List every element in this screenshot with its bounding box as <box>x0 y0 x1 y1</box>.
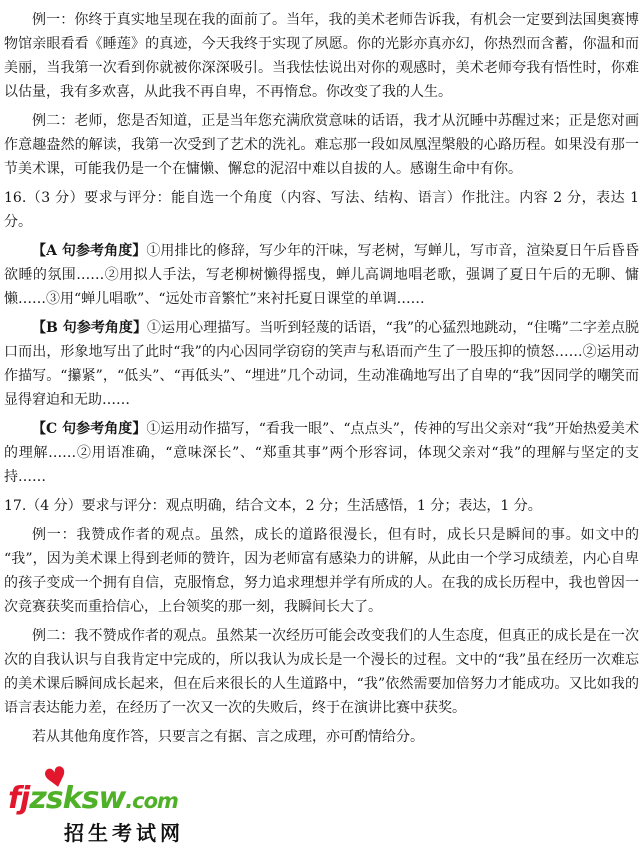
heart-icon: ♥ <box>41 762 71 794</box>
logo-main: zsksw <box>29 781 125 816</box>
logo-prefix: fj <box>8 781 29 816</box>
paragraph-label: 【A 句参考角度】 <box>32 243 146 259</box>
paragraph-text: 例二：我不赞成作者的观点。虽然某一次经历可能会改变我们的人生态度，但真正的成长是… <box>4 628 639 716</box>
paragraph-label: 【C 句参考角度】 <box>32 421 146 437</box>
paragraph-text: 例二：老师，您是否知道，正是当年您充满欣赏意味的话语，我才从沉睡中苏醒过来；正是… <box>4 113 639 177</box>
paragraph: 【A 句参考角度】①用排比的修辞，写少年的汗味，写老树，写蝉儿，写市音，渲染夏日… <box>4 239 639 311</box>
paragraph: 【C 句参考角度】①运用动作描写，“看我一眼”、“点点头”，传神的写出父亲对“我… <box>4 417 639 489</box>
paragraph: 17.（4 分）要求与评分：观点明确，结合文本，2 分；生活感悟，1 分；表达，… <box>4 494 639 518</box>
site-logo: ♥ fjzsksw.com 招生考试网 <box>8 782 208 852</box>
paragraph-label: 【B 句参考角度】 <box>32 320 147 336</box>
site-logo-text: fjzsksw.com <box>8 782 208 820</box>
paragraph: 若从其他角度作答，只要言之有据、言之成理，亦可酌情给分。 <box>4 725 639 749</box>
paragraph: 例二：老师，您是否知道，正是当年您充满欣赏意味的话语，我才从沉睡中苏醒过来；正是… <box>4 109 639 181</box>
site-logo-caption: 招生考试网 <box>64 817 208 846</box>
paragraph: 【B 句参考角度】①运用心理描写。当听到轻蔑的话语，“我”的心猛烈地跳动，“住嘴… <box>4 316 639 412</box>
logo-suffix: .com <box>125 789 178 813</box>
paragraph: 16.（3 分）要求与评分：能自选一个角度（内容、写法、结构、语言）作批注。内容… <box>4 186 639 234</box>
paragraph-text: 例一：我赞成作者的观点。虽然，成长的道路很漫长，但有时，成长只是瞬间的事。如文中… <box>4 527 639 615</box>
paragraph-text: 例一：你终于真实地呈现在我的面前了。当年，我的美术老师告诉我，有机会一定要到法国… <box>4 12 639 100</box>
paragraph-text: 若从其他角度作答，只要言之有据、言之成理，亦可酌情给分。 <box>32 729 424 745</box>
paragraph: 例二：我不赞成作者的观点。虽然某一次经历可能会改变我们的人生态度，但真正的成长是… <box>4 624 639 720</box>
paragraph-text: 17.（4 分）要求与评分：观点明确，结合文本，2 分；生活感悟，1 分；表达，… <box>4 498 542 514</box>
paragraph: 例一：你终于真实地呈现在我的面前了。当年，我的美术老师告诉我，有机会一定要到法国… <box>4 8 639 104</box>
paragraph-text: 16.（3 分）要求与评分：能自选一个角度（内容、写法、结构、语言）作批注。内容… <box>4 190 639 230</box>
paragraph: 例一：我赞成作者的观点。虽然，成长的道路很漫长，但有时，成长只是瞬间的事。如文中… <box>4 523 639 619</box>
document-body: 例一：你终于真实地呈现在我的面前了。当年，我的美术老师告诉我，有机会一定要到法国… <box>0 0 643 749</box>
